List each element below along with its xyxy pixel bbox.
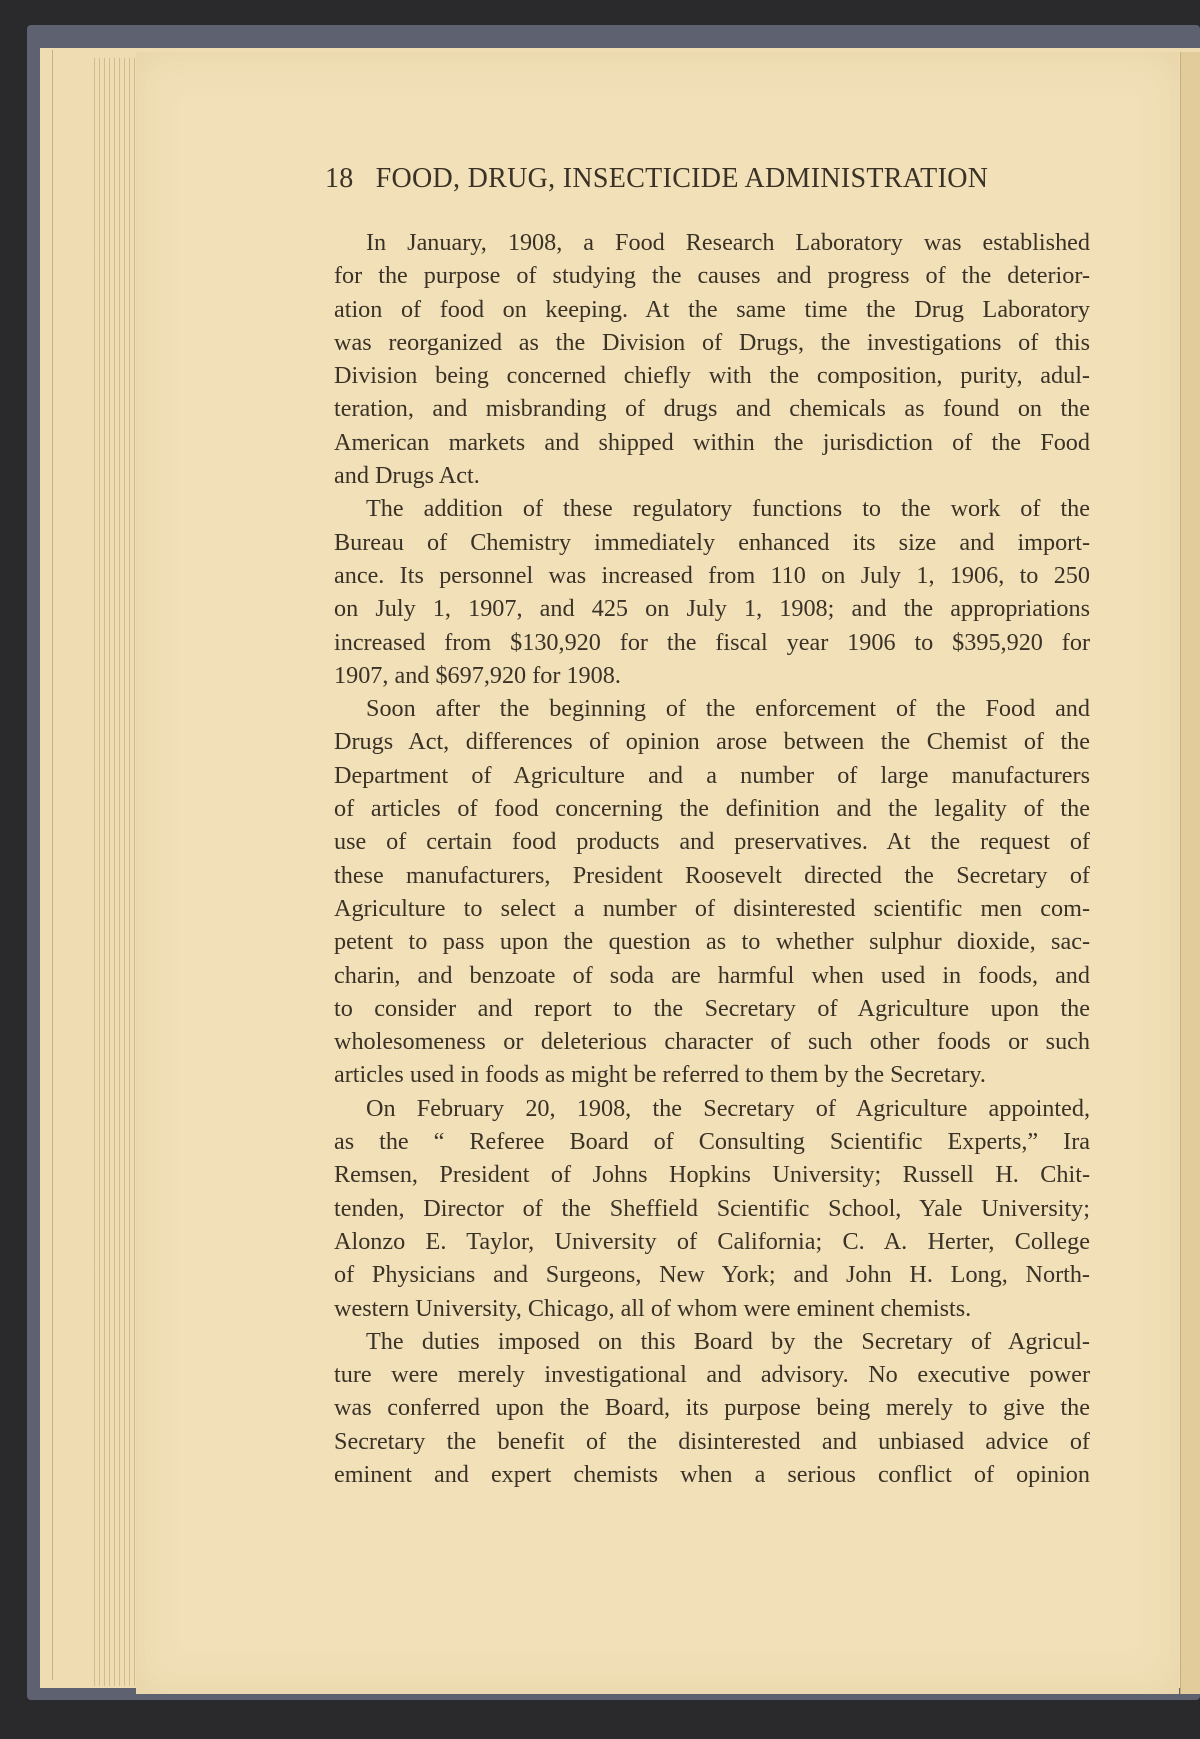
text-line: Secretary the benefit of the disinterest…	[334, 1425, 1090, 1458]
text-line: Remsen, President of Johns Hopkins Unive…	[334, 1158, 1090, 1191]
running-title: FOOD, DRUG, INSECTICIDE ADMINISTRATION	[376, 163, 989, 194]
text-line: of articles of food concerning the defin…	[334, 792, 1090, 825]
running-head: 18FOOD, DRUG, INSECTICIDE ADMINISTRATION	[325, 163, 1125, 195]
text-line: Agriculture to select a number of disint…	[334, 892, 1090, 925]
next-page-edge	[1180, 52, 1200, 1694]
text-line: Division being concerned chiefly with th…	[334, 359, 1090, 392]
text-line: Soon after the beginning of the enforcem…	[334, 692, 1090, 725]
text-line: to consider and report to the Secretary …	[334, 992, 1090, 1025]
text-line: was reorganized as the Division of Drugs…	[334, 326, 1090, 359]
text-line: these manufacturers, President Roosevelt…	[334, 859, 1090, 892]
text-line: Department of Agriculture and a number o…	[334, 759, 1090, 792]
endpaper-edge	[52, 50, 61, 1680]
text-line: as the “ Referee Board of Consulting Sci…	[334, 1125, 1090, 1158]
text-line: charin, and benzoate of soda are harmful…	[334, 959, 1090, 992]
text-line: Drugs Act, differences of opinion arose …	[334, 725, 1090, 758]
text-line: eminent and expert chemists when a serio…	[334, 1458, 1090, 1491]
text-line: for the purpose of studying the causes a…	[334, 259, 1090, 292]
text-line: ture were merely investigational and adv…	[334, 1358, 1090, 1391]
text-line: ance. Its personnel was increased from 1…	[334, 559, 1090, 592]
text-line: ation of food on keeping. At the same ti…	[334, 293, 1090, 326]
text-line: In January, 1908, a Food Research Labora…	[334, 226, 1090, 259]
text-line: western University, Chicago, all of whom…	[334, 1292, 1090, 1325]
paragraph: In January, 1908, a Food Research Labora…	[334, 226, 1090, 492]
text-line: tenden, Director of the Sheffield Scient…	[334, 1192, 1090, 1225]
text-line: of Physicians and Surgeons, New York; an…	[334, 1258, 1090, 1291]
text-line: The duties imposed on this Board by the …	[334, 1325, 1090, 1358]
paragraph: On February 20, 1908, the Secretary of A…	[334, 1092, 1090, 1325]
text-line: on July 1, 1907, and 425 on July 1, 1908…	[334, 592, 1090, 625]
text-line: articles used in foods as might be refer…	[334, 1058, 1090, 1091]
text-line: was conferred upon the Board, its purpos…	[334, 1391, 1090, 1424]
page-edges	[94, 58, 136, 1686]
text-line: 1907, and $697,920 for 1908.	[334, 659, 1090, 692]
text-line: The addition of these regulatory functio…	[334, 492, 1090, 525]
text-line: and Drugs Act.	[334, 459, 1090, 492]
text-line: wholesomeness or deleterious character o…	[334, 1025, 1090, 1058]
text-line: petent to pass upon the question as to w…	[334, 925, 1090, 958]
paragraph: Soon after the beginning of the enforcem…	[334, 692, 1090, 1092]
page-number: 18	[325, 163, 354, 194]
paragraph: The duties imposed on this Board by the …	[334, 1325, 1090, 1491]
text-line: Bureau of Chemistry immediately enhanced…	[334, 526, 1090, 559]
text-line: teration, and misbranding of drugs and c…	[334, 392, 1090, 425]
text-line: Alonzo E. Taylor, University of Californ…	[334, 1225, 1090, 1258]
text-line: On February 20, 1908, the Secretary of A…	[334, 1092, 1090, 1125]
text-line: use of certain food products and preserv…	[334, 825, 1090, 858]
text-line: increased from $130,920 for the fiscal y…	[334, 626, 1090, 659]
text-line: American markets and shipped within the …	[334, 426, 1090, 459]
paragraph: The addition of these regulatory functio…	[334, 492, 1090, 692]
body-text: In January, 1908, a Food Research Labora…	[334, 226, 1090, 1491]
